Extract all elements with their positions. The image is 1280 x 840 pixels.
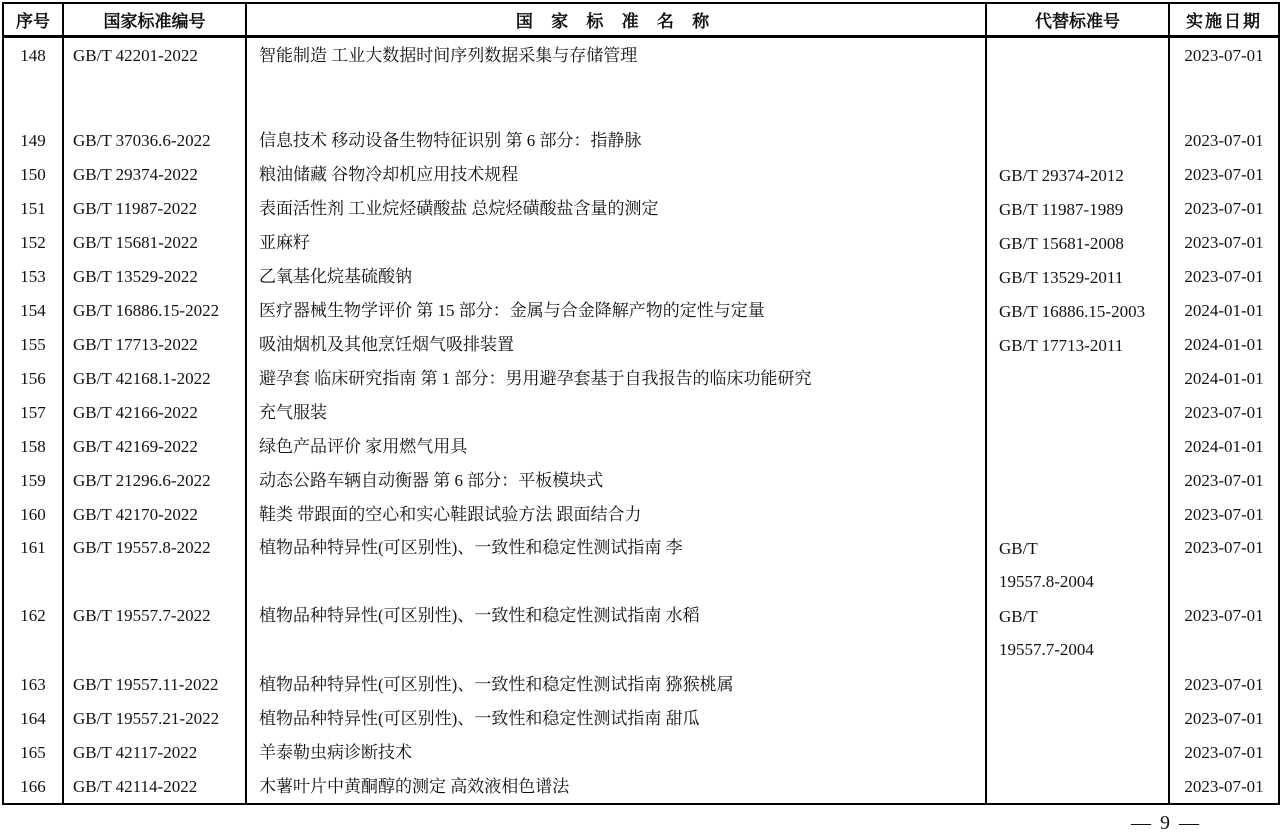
cell-code: GB/T 42117-2022 [63,736,246,770]
cell-replaced [986,124,1169,158]
table-row: 156GB/T 42168.1-2022避孕套 临床研究指南 第 1 部分：男用… [3,362,1279,396]
cell-code: GB/T 11987-2022 [63,192,246,226]
table-row: 153GB/T 13529-2022乙氧基化烷基硫酸钠GB/T 13529-20… [3,260,1279,294]
cell-no: 156 [3,362,63,396]
cell-no: 161 [3,532,63,600]
cell-date: 2024-01-01 [1169,430,1279,464]
cell-replaced: GB/T 19557.8-2004 [986,532,1169,600]
cell-code: GB/T 37036.6-2022 [63,124,246,158]
cell-no: 153 [3,260,63,294]
cell-replaced [986,736,1169,770]
cell-code: GB/T 42201-2022 [63,36,246,124]
table-row: 162GB/T 19557.7-2022植物品种特异性(可区别性)、一致性和稳定… [3,600,1279,668]
cell-code: GB/T 42169-2022 [63,430,246,464]
cell-no: 165 [3,736,63,770]
table-row: 166GB/T 42114-2022木薯叶片中黄酮醇的测定 高效液相色谱法202… [3,770,1279,804]
cell-date: 2023-07-01 [1169,498,1279,532]
cell-date: 2023-07-01 [1169,736,1279,770]
cell-code: GB/T 19557.8-2022 [63,532,246,600]
cell-date: 2023-07-01 [1169,158,1279,192]
table-header-row: 序号 国家标准编号 国 家 标 准 名 称 代替标准号 实施日期 [3,3,1279,36]
cell-code: GB/T 15681-2022 [63,226,246,260]
cell-no: 160 [3,498,63,532]
cell-no: 152 [3,226,63,260]
cell-no: 159 [3,464,63,498]
standards-table: 序号 国家标准编号 国 家 标 准 名 称 代替标准号 实施日期 148GB/T… [2,2,1280,805]
cell-no: 158 [3,430,63,464]
cell-no: 163 [3,668,63,702]
cell-name: 粮油储藏 谷物冷却机应用技术规程 [246,158,986,192]
cell-name: 充气服装 [246,396,986,430]
cell-name: 植物品种特异性(可区别性)、一致性和稳定性测试指南 猕猴桃属 [246,668,986,702]
cell-replaced: GB/T 19557.7-2004 [986,600,1169,668]
cell-date: 2023-07-01 [1169,396,1279,430]
cell-date: 2024-01-01 [1169,328,1279,362]
cell-name: 植物品种特异性(可区别性)、一致性和稳定性测试指南 水稻 [246,600,986,668]
cell-replaced [986,396,1169,430]
column-header-code: 国家标准编号 [63,3,246,36]
cell-date: 2023-07-01 [1169,192,1279,226]
cell-date: 2023-07-01 [1169,770,1279,804]
table-row: 148GB/T 42201-2022智能制造 工业大数据时间序列数据采集与存储管… [3,36,1279,124]
table-row: 164GB/T 19557.21-2022植物品种特异性(可区别性)、一致性和稳… [3,702,1279,736]
cell-no: 164 [3,702,63,736]
cell-date: 2023-07-01 [1169,600,1279,668]
cell-code: GB/T 16886.15-2022 [63,294,246,328]
cell-date: 2024-01-01 [1169,294,1279,328]
cell-no: 149 [3,124,63,158]
cell-replaced: GB/T 15681-2008 [986,226,1169,260]
cell-code: GB/T 42170-2022 [63,498,246,532]
cell-code: GB/T 42114-2022 [63,770,246,804]
cell-date: 2023-07-01 [1169,532,1279,600]
table-row: 161GB/T 19557.8-2022植物品种特异性(可区别性)、一致性和稳定… [3,532,1279,600]
cell-replaced [986,498,1169,532]
cell-date: 2023-07-01 [1169,260,1279,294]
cell-code: GB/T 19557.7-2022 [63,600,246,668]
table-row: 152GB/T 15681-2022亚麻籽GB/T 15681-20082023… [3,226,1279,260]
cell-no: 150 [3,158,63,192]
cell-name: 植物品种特异性(可区别性)、一致性和稳定性测试指南 甜瓜 [246,702,986,736]
cell-replaced: GB/T 13529-2011 [986,260,1169,294]
cell-name: 木薯叶片中黄酮醇的测定 高效液相色谱法 [246,770,986,804]
cell-name: 羊泰勒虫病诊断技术 [246,736,986,770]
cell-replaced: GB/T 11987-1989 [986,192,1169,226]
column-header-no: 序号 [3,3,63,36]
cell-name: 乙氧基化烷基硫酸钠 [246,260,986,294]
cell-date: 2023-07-01 [1169,124,1279,158]
page-number: — 9 — [1131,812,1201,835]
document-page: 序号 国家标准编号 国 家 标 准 名 称 代替标准号 实施日期 148GB/T… [0,0,1280,840]
cell-no: 162 [3,600,63,668]
cell-code: GB/T 42166-2022 [63,396,246,430]
cell-code: GB/T 19557.11-2022 [63,668,246,702]
table-row: 160GB/T 42170-2022鞋类 带跟面的空心和实心鞋跟试验方法 跟面结… [3,498,1279,532]
cell-code: GB/T 13529-2022 [63,260,246,294]
cell-name: 植物品种特异性(可区别性)、一致性和稳定性测试指南 李 [246,532,986,600]
cell-replaced [986,36,1169,124]
cell-replaced [986,464,1169,498]
cell-name: 医疗器械生物学评价 第 15 部分：金属与合金降解产物的定性与定量 [246,294,986,328]
cell-code: GB/T 19557.21-2022 [63,702,246,736]
cell-name: 智能制造 工业大数据时间序列数据采集与存储管理 [246,36,986,124]
cell-name: 避孕套 临床研究指南 第 1 部分：男用避孕套基于自我报告的临床功能研究 [246,362,986,396]
cell-replaced: GB/T 16886.15-2003 [986,294,1169,328]
cell-code: GB/T 21296.6-2022 [63,464,246,498]
table-row: 165GB/T 42117-2022羊泰勒虫病诊断技术2023-07-01 [3,736,1279,770]
cell-no: 166 [3,770,63,804]
cell-name: 吸油烟机及其他烹饪烟气吸排装置 [246,328,986,362]
cell-replaced [986,430,1169,464]
cell-name: 表面活性剂 工业烷烃磺酸盐 总烷烃磺酸盐含量的测定 [246,192,986,226]
cell-replaced [986,702,1169,736]
table-row: 157GB/T 42166-2022充气服装2023-07-01 [3,396,1279,430]
cell-name: 绿色产品评价 家用燃气用具 [246,430,986,464]
table-row: 149GB/T 37036.6-2022信息技术 移动设备生物特征识别 第 6 … [3,124,1279,158]
cell-name: 动态公路车辆自动衡器 第 6 部分：平板模块式 [246,464,986,498]
table-row: 158GB/T 42169-2022绿色产品评价 家用燃气用具2024-01-0… [3,430,1279,464]
cell-code: GB/T 29374-2022 [63,158,246,192]
cell-replaced [986,668,1169,702]
cell-no: 151 [3,192,63,226]
column-header-date: 实施日期 [1169,3,1279,36]
column-header-name: 国 家 标 准 名 称 [246,3,986,36]
cell-name: 信息技术 移动设备生物特征识别 第 6 部分：指静脉 [246,124,986,158]
cell-name: 亚麻籽 [246,226,986,260]
cell-name: 鞋类 带跟面的空心和实心鞋跟试验方法 跟面结合力 [246,498,986,532]
column-header-replaced: 代替标准号 [986,3,1169,36]
table-row: 154GB/T 16886.15-2022医疗器械生物学评价 第 15 部分：金… [3,294,1279,328]
cell-replaced [986,770,1169,804]
cell-date: 2023-07-01 [1169,702,1279,736]
cell-date: 2023-07-01 [1169,36,1279,124]
standards-table-body: 148GB/T 42201-2022智能制造 工业大数据时间序列数据采集与存储管… [3,36,1279,804]
table-row: 150GB/T 29374-2022粮油储藏 谷物冷却机应用技术规程GB/T 2… [3,158,1279,192]
cell-date: 2024-01-01 [1169,362,1279,396]
cell-no: 155 [3,328,63,362]
cell-date: 2023-07-01 [1169,464,1279,498]
table-row: 163GB/T 19557.11-2022植物品种特异性(可区别性)、一致性和稳… [3,668,1279,702]
cell-no: 148 [3,36,63,124]
cell-no: 157 [3,396,63,430]
cell-replaced [986,362,1169,396]
table-row: 151GB/T 11987-2022表面活性剂 工业烷烃磺酸盐 总烷烃磺酸盐含量… [3,192,1279,226]
cell-replaced: GB/T 17713-2011 [986,328,1169,362]
cell-date: 2023-07-01 [1169,668,1279,702]
cell-code: GB/T 17713-2022 [63,328,246,362]
cell-replaced: GB/T 29374-2012 [986,158,1169,192]
cell-no: 154 [3,294,63,328]
table-row: 155GB/T 17713-2022吸油烟机及其他烹饪烟气吸排装置GB/T 17… [3,328,1279,362]
cell-code: GB/T 42168.1-2022 [63,362,246,396]
table-row: 159GB/T 21296.6-2022动态公路车辆自动衡器 第 6 部分：平板… [3,464,1279,498]
cell-date: 2023-07-01 [1169,226,1279,260]
